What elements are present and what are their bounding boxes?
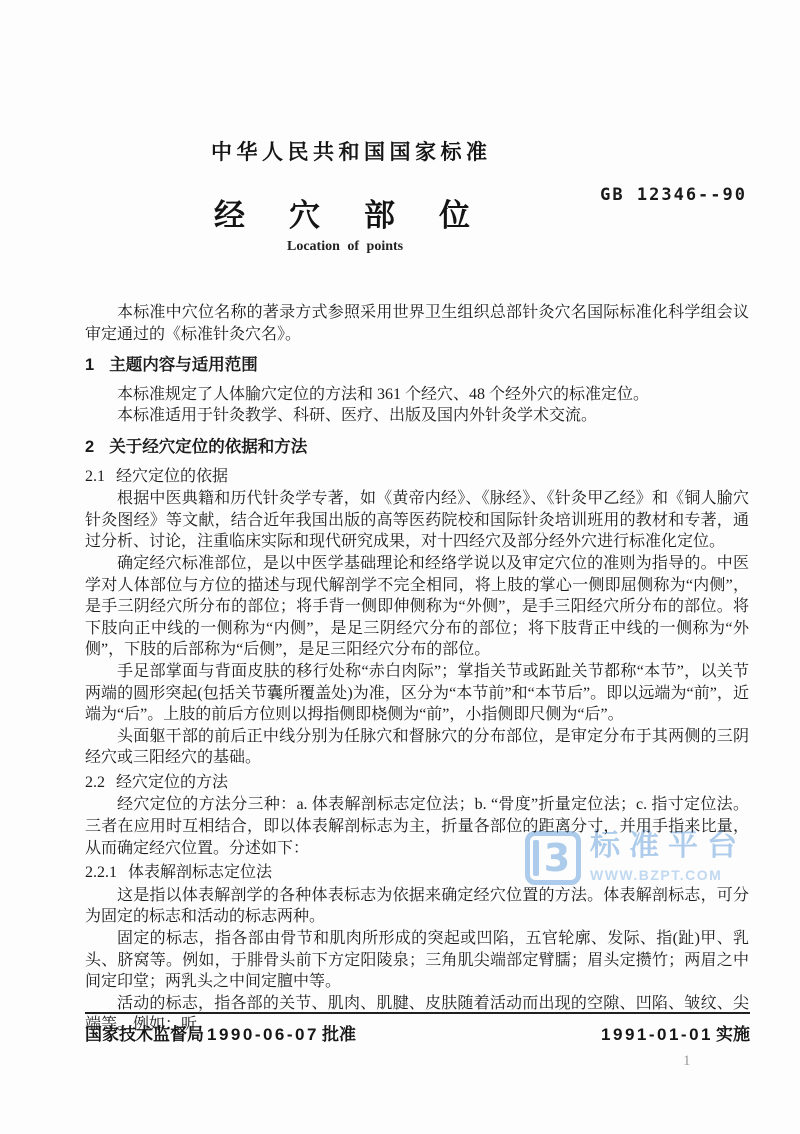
section-title: 经穴定位的方法 [116, 774, 228, 791]
paragraph-methods-intro: 经穴定位的方法分三种：a. 体表解剖标志定位法；b. “骨度”折量定位法；c. … [85, 794, 749, 859]
implementation-action: 实施 [716, 1025, 750, 1044]
document-page: 中华人民共和国国家标准 GB 12346--90 经穴部位 Location o… [0, 0, 800, 1134]
section-2-2-heading: 2.2经穴定位的方法 [85, 772, 749, 794]
approval-statement: 国家技术监督局1990-06-07批准 [85, 1020, 356, 1045]
intro-paragraph: 本标准中穴位名称的著录方式参照采用世界卫生组织总部针灸穴名国际标准化科学组会议审… [85, 302, 749, 345]
paragraph-landmark-fixed: 固定的标志，指各部由骨节和肌肉所形成的突起或凹陷，五官轮廓、发际、指(趾)甲、乳… [85, 928, 749, 993]
paragraph-scope-1: 本标准规定了人体腧穴定位的方法和 361 个经穴、48 个经外穴的标准定位。 [85, 384, 749, 406]
standard-label: 中华人民共和国国家标准 [211, 136, 492, 166]
paragraph-basis-4: 头面躯干部的前后正中线分别为任脉穴和督脉穴的分布部位，是审定分布于其两侧的三阴经… [85, 726, 749, 769]
approval-date: 1990-06-07 [207, 1025, 319, 1044]
section-title: 关于经穴定位的依据和方法 [109, 438, 307, 456]
paragraph-scope-2: 本标准适用于针灸教学、科研、医疗、出版及国内外针灸学术交流。 [85, 405, 749, 427]
section-number: 2.2.1 [85, 864, 117, 881]
paragraph-basis-3: 手足部掌面与背面皮肤的移行处称“赤白肉际”；掌指关节或跖趾关节都称“本节”，以关… [85, 661, 749, 726]
implementation-statement: 1991-01-01实施 [598, 1020, 750, 1045]
approval-action: 批准 [322, 1025, 356, 1044]
footer-divider [85, 1012, 750, 1014]
document-title: 经穴部位 [214, 190, 514, 235]
footer: 国家技术监督局1990-06-07批准 1991-01-01实施 [85, 1020, 750, 1045]
section-number: 2 [85, 438, 94, 456]
section-number: 2.1 [85, 468, 105, 485]
paragraph-landmark-1: 这是指以体表解剖学的各种体表标志为依据来确定经穴位置的方法。体表解剖标志，可分为… [85, 885, 749, 928]
document-subtitle-english: Location of points [287, 239, 403, 255]
approval-authority: 国家技术监督局 [85, 1025, 204, 1044]
paragraph-basis-2: 确定经穴标准部位，是以中医学基础理论和经络学说以及审定穴位的准则为指导的。中医学… [85, 553, 749, 661]
page-number: 1 [683, 1053, 691, 1070]
paragraph-basis-1: 根据中医典籍和历代针灸学专著，如《黄帝内经》、《脉经》、《针灸甲乙经》和《铜人腧… [85, 488, 749, 553]
section-2-heading: 2关于经穴定位的依据和方法 [85, 437, 749, 459]
section-title: 主题内容与适用范围 [109, 356, 258, 374]
section-2-2-1-heading: 2.2.1体表解剖标志定位法 [85, 862, 749, 884]
section-title: 体表解剖标志定位法 [128, 864, 272, 881]
section-number: 1 [85, 356, 94, 374]
document-body: 本标准中穴位名称的著录方式参照采用世界卫生组织总部针灸穴名国际标准化科学组会议审… [85, 302, 749, 1036]
standard-number: GB 12346--90 [600, 185, 747, 205]
section-2-1-heading: 2.1经穴定位的依据 [85, 466, 749, 488]
section-number: 2.2 [85, 774, 105, 791]
section-1-heading: 1主题内容与适用范围 [85, 355, 749, 377]
section-title: 经穴定位的依据 [116, 468, 228, 485]
implementation-date: 1991-01-01 [601, 1025, 713, 1044]
